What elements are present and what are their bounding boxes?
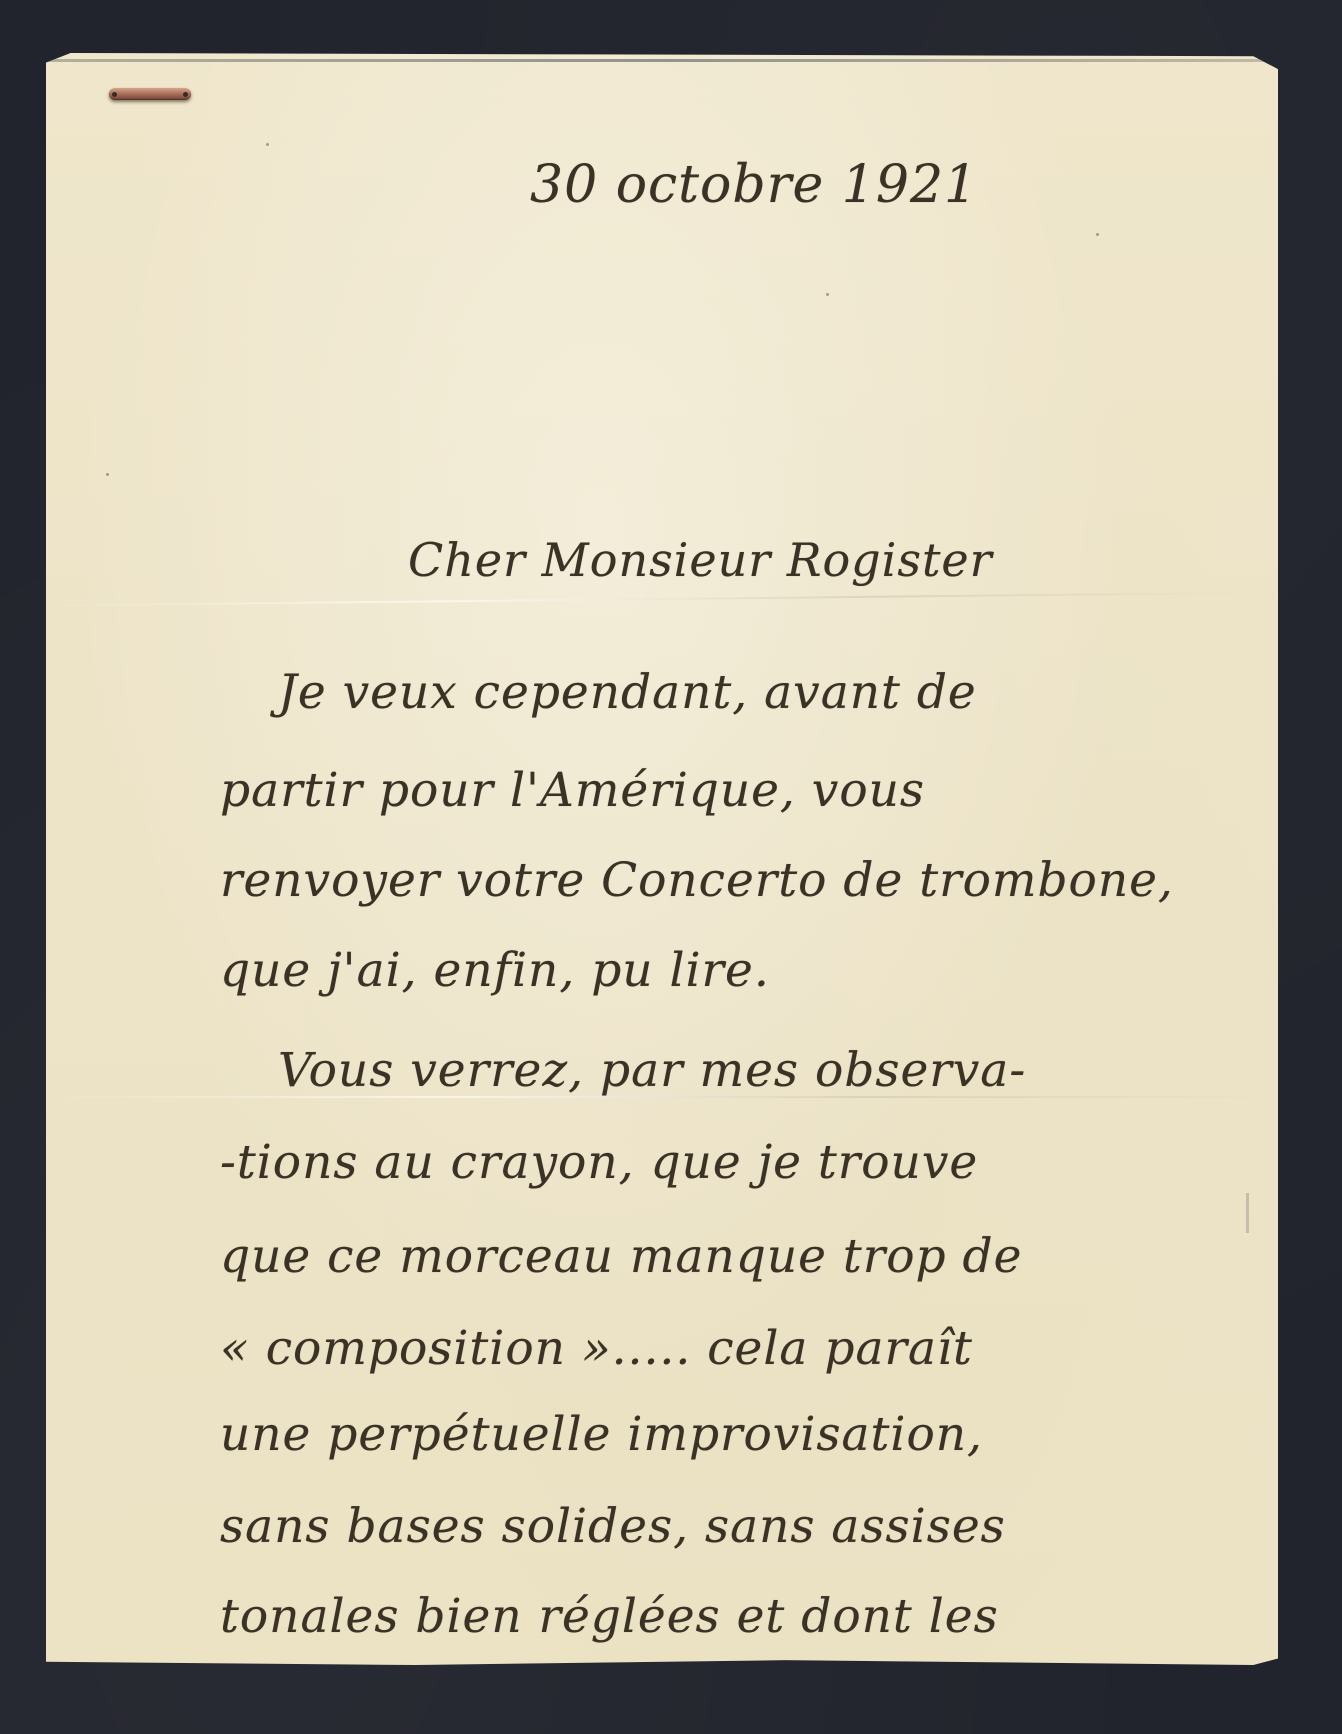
letter-date: 30 octobre 1921	[530, 155, 978, 215]
paper-speck	[266, 143, 269, 146]
body-line: -tions au crayon, que je trouve	[220, 1135, 978, 1190]
body-line: sans bases solides, sans assises	[220, 1499, 1006, 1554]
pencil-mark	[1246, 1193, 1249, 1233]
body-line: Vous verrez, par mes observa-	[278, 1043, 1026, 1098]
body-line: une perpétuelle improvisation,	[220, 1407, 983, 1462]
body-line: que j'ai, enfin, pu lire.	[220, 943, 770, 998]
body-line: que ce morceau manque trop de	[220, 1229, 1022, 1284]
staple-icon	[109, 88, 191, 100]
top-fold-edge	[46, 59, 1278, 62]
paper-crease	[46, 592, 1278, 607]
body-line: « composition »..... cela paraît	[220, 1321, 973, 1376]
body-line: tonales bien réglées et dont les	[220, 1589, 999, 1644]
letter-salutation: Cher Monsieur Rogister	[408, 533, 993, 587]
body-line: Je veux cependant, avant de	[278, 665, 977, 720]
letter-page: 30 octobre 1921 Cher Monsieur Rogister J…	[46, 53, 1278, 1665]
body-line: renvoyer votre Concerto de trombone,	[220, 853, 1174, 908]
paper-speck	[826, 293, 829, 296]
body-line: partir pour l'Amérique, vous	[220, 763, 925, 818]
paper-speck	[106, 473, 109, 476]
paper-speck	[1096, 233, 1099, 236]
